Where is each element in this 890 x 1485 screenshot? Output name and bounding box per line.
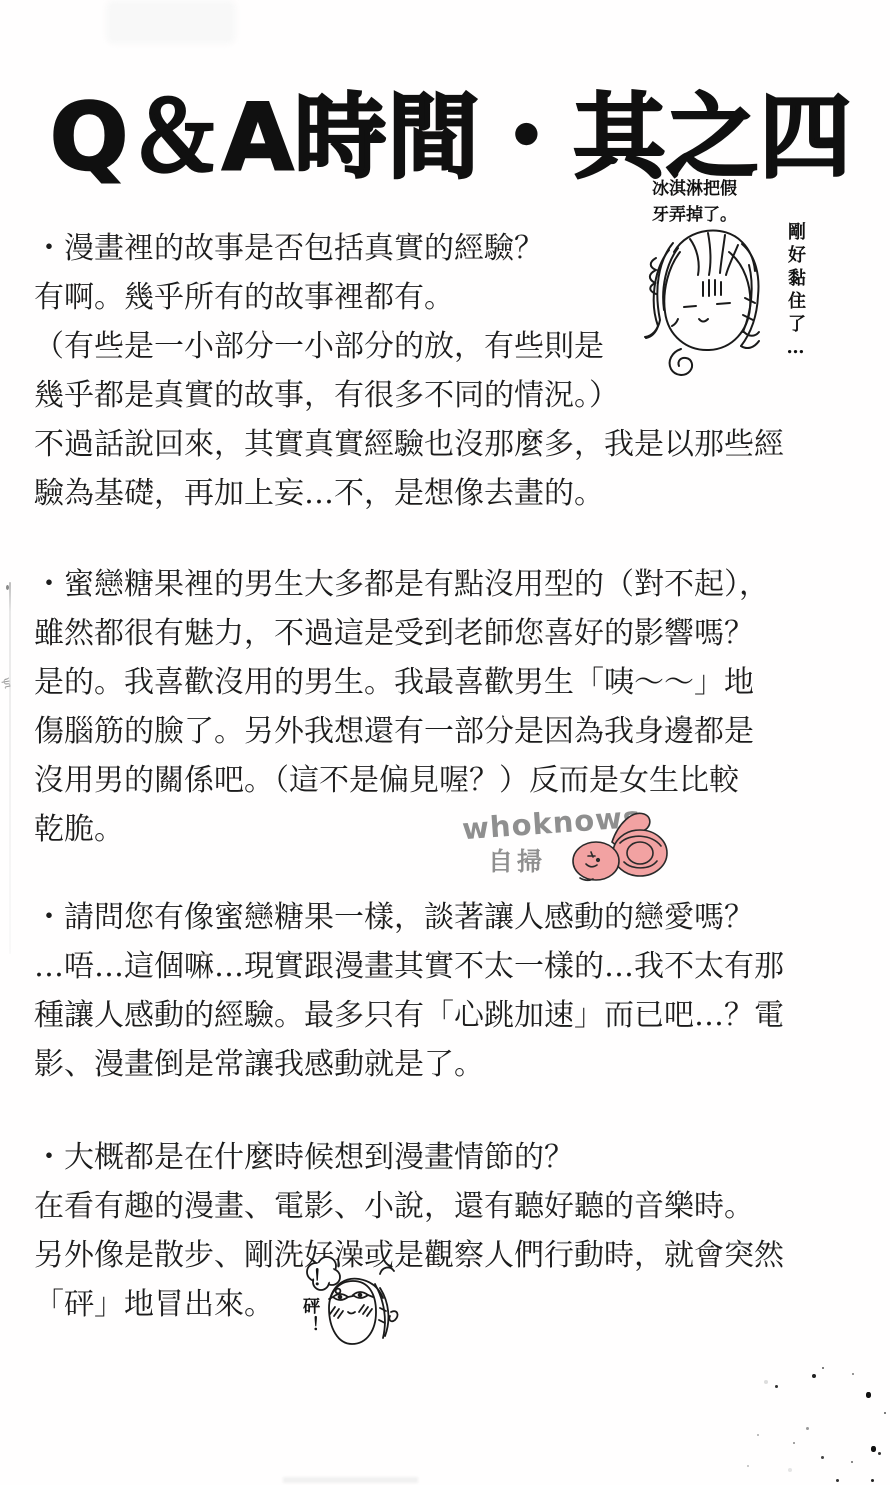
- qa-line: 幾乎都是真實的故事，有很多不同的情況。）: [34, 371, 866, 420]
- qa-line: ・請問您有像蜜戀糖果一樣，談著讓人感動的戀愛嗎？: [34, 893, 866, 942]
- qa-line: 有啊。幾乎所有的故事裡都有。: [34, 273, 866, 322]
- qa-line: 在看有趣的漫畫、電影、小說，還有聽好聽的音樂時。: [34, 1182, 866, 1231]
- illustration-caption-line1: 冰淇淋把假: [652, 176, 812, 202]
- qa-line: 雖然都很有魅力，不過這是受到老師您喜好的影響嗎？: [34, 609, 866, 658]
- qa-line: ・大概都是在什麼時候想到漫畫情節的？: [34, 1133, 866, 1182]
- pink-snail-doodle: [560, 806, 680, 888]
- blush-marks: [330, 1305, 372, 1318]
- scan-smudge-top: [106, 0, 236, 44]
- qa-line: 驗為基礎，再加上妄…不，是想像去畫的。: [34, 469, 866, 518]
- bubble-exclamation: ！: [312, 1262, 332, 1292]
- qa-line: 傷腦筋的臉了。另外我想還有一部分是因為我身邊都是: [34, 707, 866, 756]
- qa-line: 種讓人感動的經驗。最多只有「心跳加速」而已吧…？電: [34, 991, 866, 1040]
- qa-line: …唔…這個嘛…現實跟漫畫其實不太一樣的…我不太有那: [34, 942, 866, 991]
- body: [573, 842, 619, 880]
- qa-block-3: ・請問您有像蜜戀糖果一樣，談著讓人感動的戀愛嗎？ …唔…這個嘛…現實跟漫畫其實不…: [34, 893, 866, 1089]
- mouth: [348, 1312, 355, 1314]
- watermark-label: 自掃: [488, 842, 546, 878]
- sound-effect-text: 砰！: [297, 1297, 322, 1357]
- qa-line: 「砰」地冒出來。: [34, 1280, 866, 1329]
- qa-line: 是的。我喜歡沒用的男生。我最喜歡男生「咦～～」地: [34, 658, 866, 707]
- qa-line: 不過話說回來，其實真實經驗也沒那麼多，我是以那些經: [34, 420, 866, 469]
- qa-line: （有些是一小部分一小部分的放，有些則是: [34, 322, 866, 371]
- scan-crease: [9, 582, 11, 954]
- manga-qa-page: Q＆A時間・其之四 冰淇淋把假 牙弄掉了。 剛好黏住了… ・漫畫裡的故事: [0, 0, 890, 1485]
- hair-curl-top: [380, 1267, 394, 1274]
- qa-block-2: ・蜜戀糖果裡的男生大多都是有點沒用型的（對不起）， 雖然都很有魅力，不過這是受到…: [34, 560, 866, 854]
- hair-curl-side: [389, 1311, 397, 1321]
- qa-line: 另外像是散步、剛洗好澡或是觀察人們行動時，就會突然: [34, 1231, 866, 1280]
- qa-line: ・蜜戀糖果裡的男生大多都是有點沒用型的（對不起），: [34, 560, 866, 609]
- qa-block-4: ・大概都是在什麼時候想到漫畫情節的？ 在看有趣的漫畫、電影、小說，還有聽好聽的音…: [34, 1133, 866, 1329]
- qa-line: 乾脆。: [34, 805, 866, 854]
- qa-line: 影、漫畫倒是常讓我感動就是了。: [34, 1040, 866, 1089]
- scan-smudge-bottom: [283, 1477, 418, 1483]
- scan-crease-scribble: ψι: [0, 676, 15, 689]
- qa-block-1: ・漫畫裡的故事是否包括真實的經驗？ 有啊。幾乎所有的故事裡都有。 （有些是一小部…: [34, 224, 866, 518]
- qa-line: 沒用男的關係吧。（這不是偏見喔？）反而是女生比較: [34, 756, 866, 805]
- qa-line: ・漫畫裡的故事是否包括真實的經驗？: [34, 224, 866, 273]
